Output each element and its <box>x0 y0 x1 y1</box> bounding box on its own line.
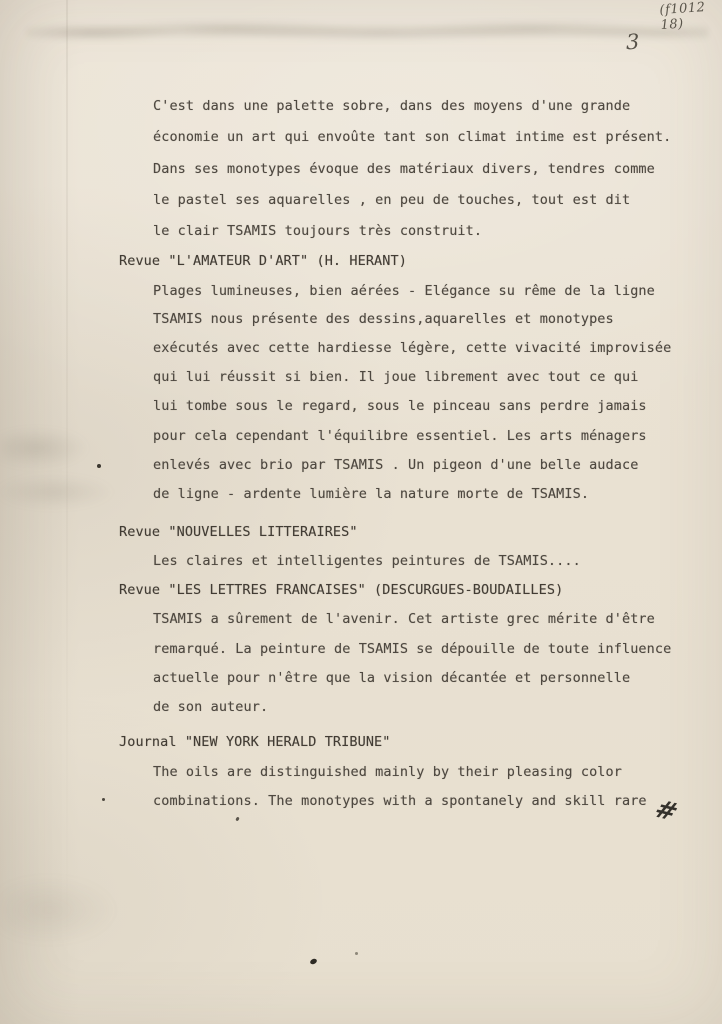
text-line: Plages lumineuses, bien aérées - Eléganc… <box>153 282 655 300</box>
text-line: de son auteur. <box>153 698 268 716</box>
bottom-left-smudge <box>0 850 140 970</box>
text-line: lui tombe sous le regard, sous le pincea… <box>153 397 647 415</box>
text-line: économie un art qui envoûte tant son cli… <box>153 128 671 146</box>
section-header-nouvelles-litteraires: Revue "NOUVELLES LITTERAIRES" <box>119 523 358 541</box>
text-line: remarqué. La peinture de TSAMIS se dépou… <box>153 640 671 658</box>
section-header-lettres-francaises: Revue "LES LETTRES FRANCAISES" (DESCURGU… <box>119 581 563 599</box>
section-header-amateur-dart: Revue "L'AMATEUR D'ART" (H. HERANT) <box>119 252 407 270</box>
paper: (f1012 18) 3 C'est dans une palette sobr… <box>0 0 722 1024</box>
ink-speck <box>309 958 317 965</box>
ink-speck <box>235 817 240 822</box>
crease-line <box>66 0 68 1010</box>
text-line: actuelle pour n'être que la vision décan… <box>153 669 630 687</box>
top-smudge <box>26 16 708 46</box>
text-line: qui lui réussit si bien. Il joue libreme… <box>153 368 638 386</box>
ink-speck <box>102 798 105 801</box>
text-line: combinations. The monotypes with a spont… <box>153 792 647 810</box>
text-line: C'est dans une palette sobre, dans des m… <box>153 97 630 115</box>
ink-speck <box>97 464 101 468</box>
text-line: pour cela cependant l'équilibre essentie… <box>153 427 647 445</box>
text-line: The oils are distinguished mainly by the… <box>153 763 622 781</box>
text-line: de ligne - ardente lumière la nature mor… <box>153 485 589 503</box>
text-line: TSAMIS a sûrement de l'avenir. Cet artis… <box>153 610 655 628</box>
hash-mark-annotation: # <box>650 795 683 827</box>
ink-speck <box>355 952 358 955</box>
text-line: enlevés avec brio par TSAMIS . Un pigeon… <box>153 456 638 474</box>
text-line: Les claires et intelligentes peintures d… <box>153 552 581 570</box>
text-line: exécutés avec cette hardiesse légère, ce… <box>153 339 671 357</box>
text-line: le pastel ses aquarelles , en peu de tou… <box>153 191 630 209</box>
page-number: 3 <box>626 30 640 54</box>
file-reference-annotation: (f1012 18) <box>659 0 722 33</box>
text-line: TSAMIS nous présente des dessins,aquarel… <box>153 310 614 328</box>
left-margin-smudge <box>0 415 120 525</box>
text-line: le clair TSAMIS toujours très construit. <box>153 222 482 240</box>
section-header-ny-herald-tribune: Journal "NEW YORK HERALD TRIBUNE" <box>119 733 391 751</box>
text-line: Dans ses monotypes évoque des matériaux … <box>153 160 655 178</box>
